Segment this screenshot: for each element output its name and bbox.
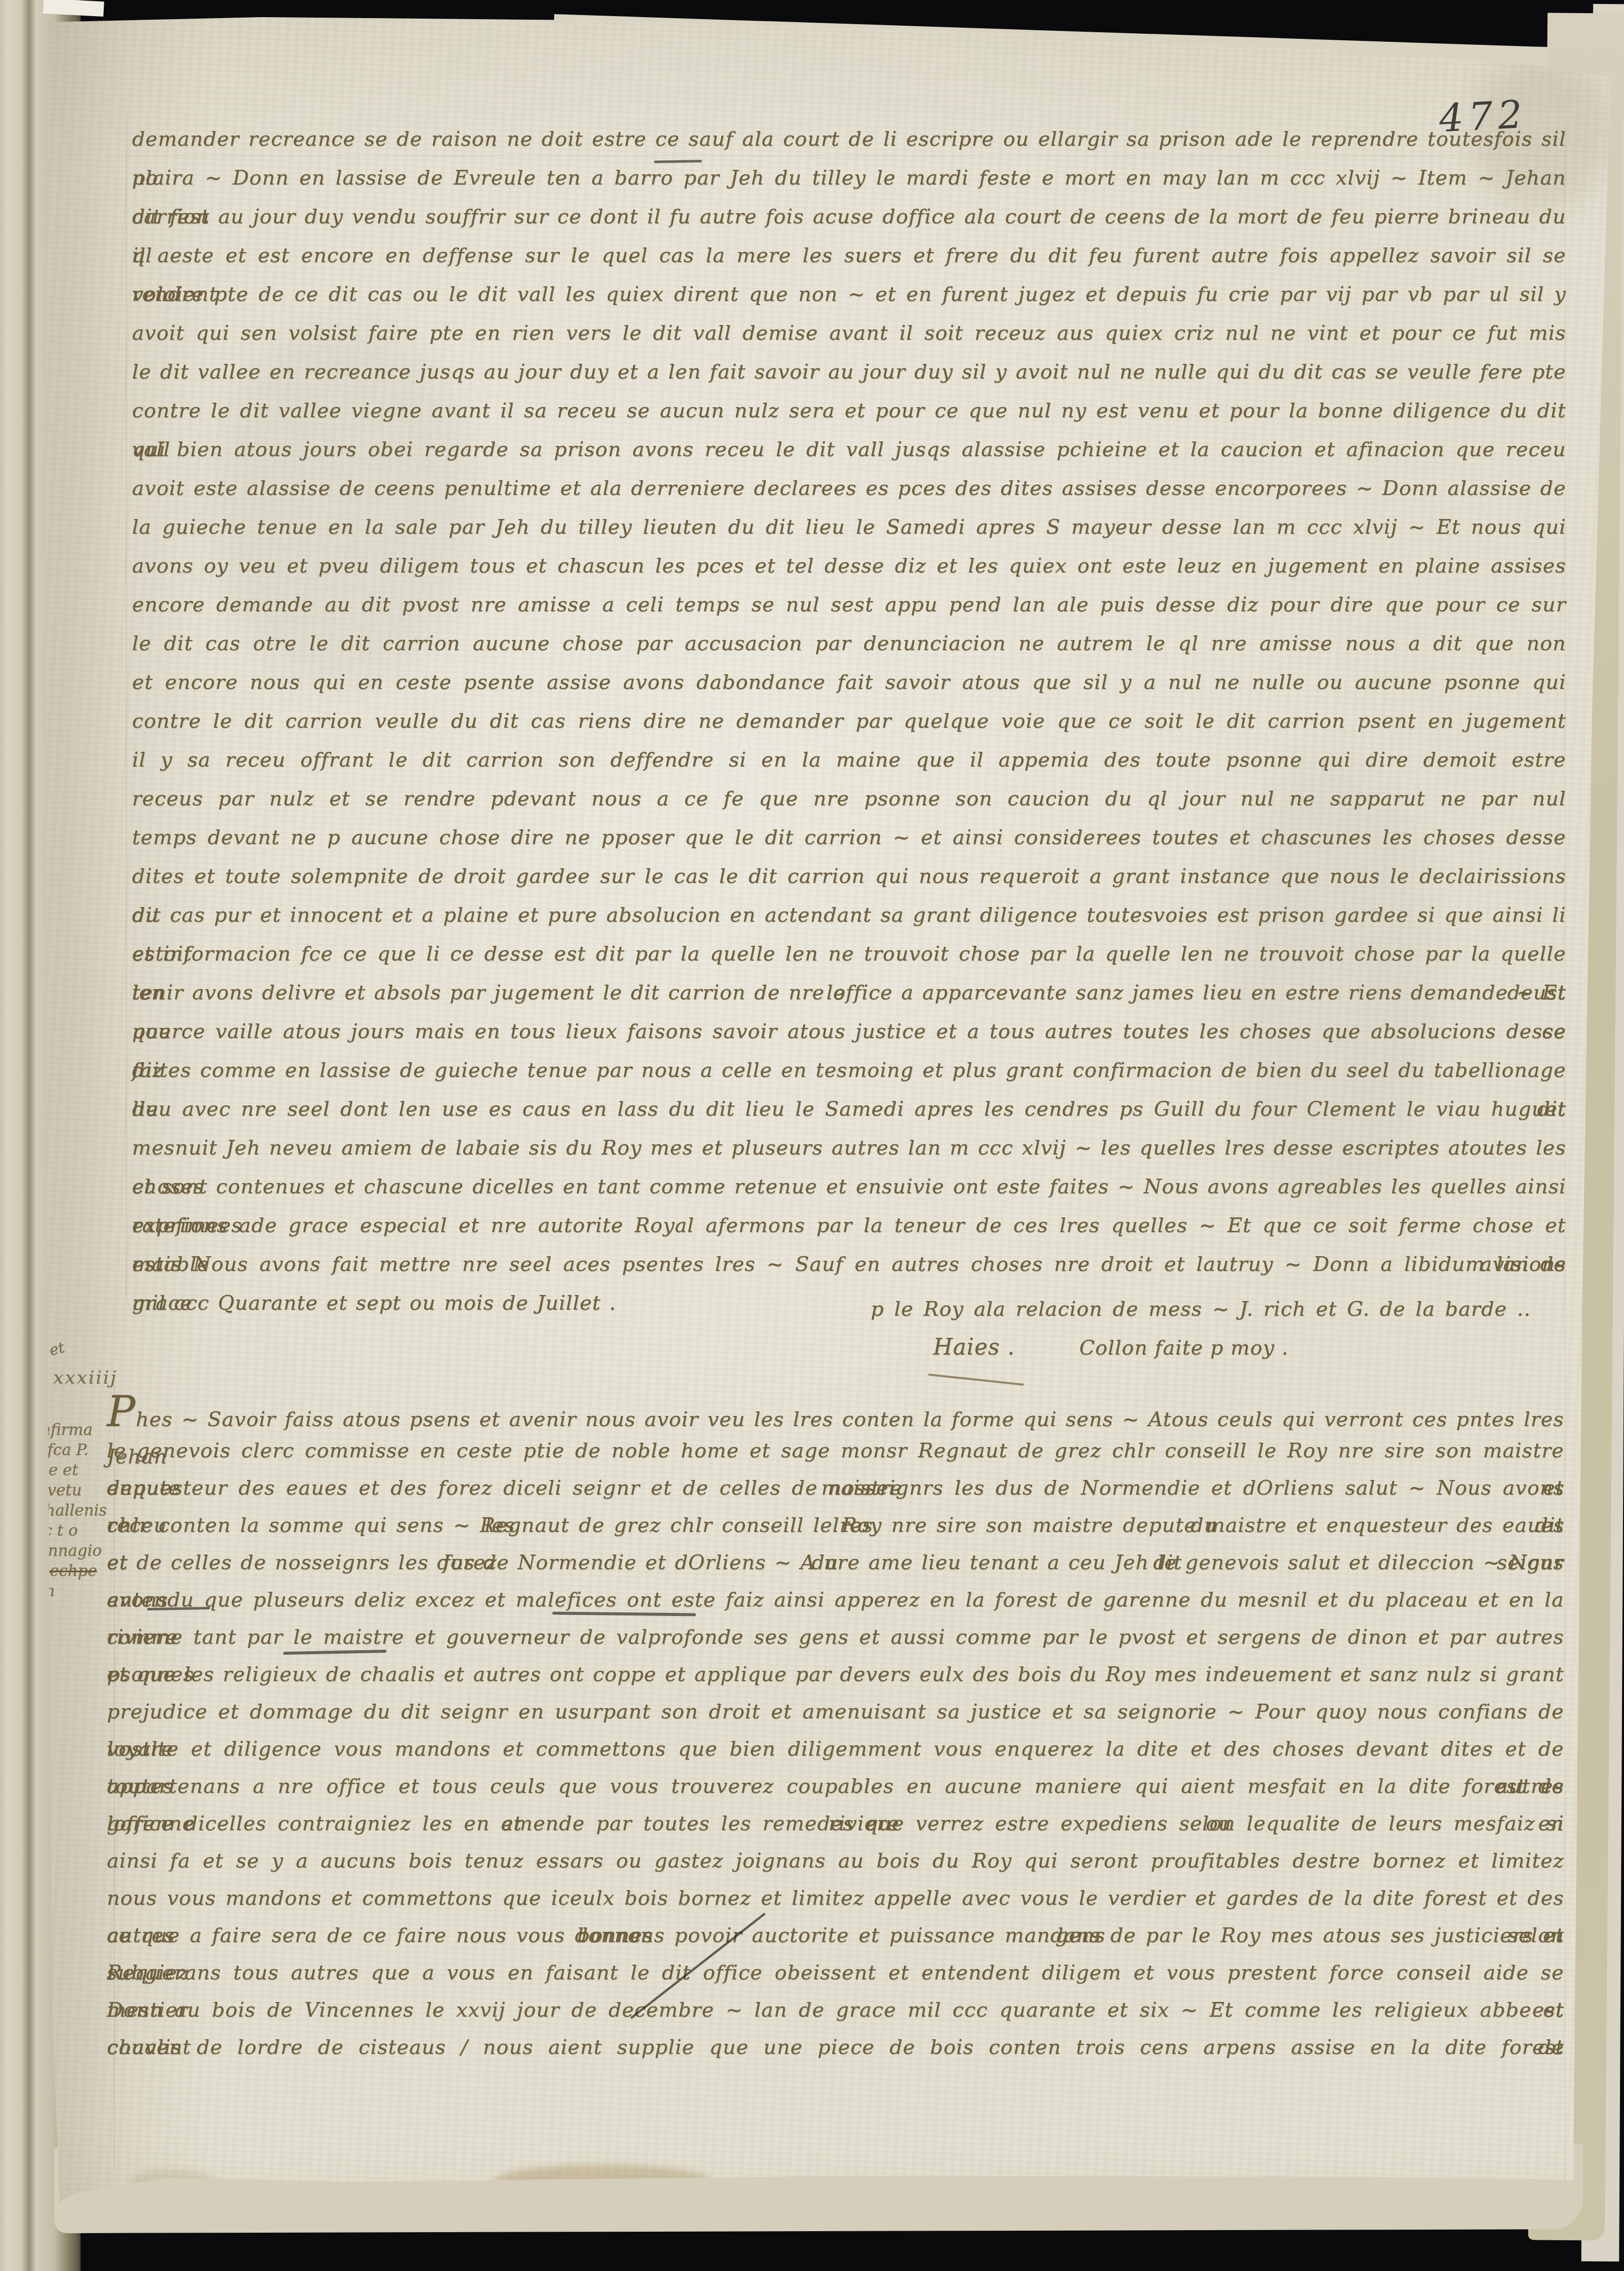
manuscript-line: il y sa receu offrant le dit carrion son… xyxy=(132,741,1566,780)
manuscript-line: chlr conten la somme qui sens ~ Regnaut … xyxy=(107,1507,1564,1544)
manuscript-line: appartenans a nre office et tous ceuls q… xyxy=(107,1768,1564,1805)
manuscript-line: Phes ~ Savoir faiss atous psens et aveni… xyxy=(107,1395,1564,1432)
manuscript-line: avoit este alassise de ceens penultime e… xyxy=(132,469,1566,508)
manuscript-line: mesnuit Jeh neveu amiem de labaie sis du… xyxy=(132,1129,1566,1167)
manuscript-line: ce que a faire sera de ce faire nous vou… xyxy=(107,1917,1564,1954)
manuscript-line: entendu que pluseurs deliz excez et male… xyxy=(107,1581,1564,1618)
manuscript-line: lieu avec nre seel dont len use es caus … xyxy=(132,1090,1566,1129)
manuscript-line: la guieche tenue en la sale par Jeh du t… xyxy=(132,508,1566,547)
manuscript-line: le dit cas otre le dit carrion aucune ch… xyxy=(132,624,1566,663)
manuscript-line: encore demande au dit pvost nre amisse a… xyxy=(132,586,1566,624)
manuscript-line: comme tant par le maistre et gouverneur … xyxy=(107,1618,1564,1656)
manuscript-line: rendre pte de ce dit cas ou le dit vall … xyxy=(132,275,1566,314)
manuscript-line: le genevois clerc commisse en ceste ptie… xyxy=(107,1432,1564,1469)
manuscript-line: receus par nulz et se rendre pdevant nou… xyxy=(132,780,1566,818)
clerk-signature: Haies . xyxy=(933,1334,1015,1360)
manuscript-line: nous vous mandons et commettons que iceu… xyxy=(107,1879,1564,1917)
manuscript-line: Donn au bois de Vincennes le xxvij jour … xyxy=(107,1991,1564,2029)
manuscript-line: et que les religieux de chaalis et autre… xyxy=(107,1656,1564,1693)
manuscript-line: chaalis de lordre de cisteaus / nous aie… xyxy=(107,2029,1564,2066)
manuscript-line: Requerans tous autres que a vous en fais… xyxy=(107,1954,1564,1991)
manuscript-line: temps devant ne p aucune chose dire ne p… xyxy=(132,818,1566,857)
manuscript-line: loyalte et diligence vous mandons et com… xyxy=(107,1730,1564,1768)
manuscript-line: enquesteur des eaues et des forez diceli… xyxy=(107,1469,1564,1507)
margin-cross-mark: et xyxy=(47,1339,66,1359)
manuscript-line: dit cas pur et innocent et a plaine et p… xyxy=(132,896,1566,935)
left-ruling-line xyxy=(126,113,127,1297)
manuscript-line: dites et toute solempnite de droit garde… xyxy=(132,857,1566,896)
manuscript-line: ratefions ade grace especial et nre auto… xyxy=(132,1206,1566,1245)
manuscript-scan: 472 demander recreance se de raison ne d… xyxy=(0,0,1624,2271)
manuscript-line: faites comme en lassise de guieche tenue… xyxy=(132,1051,1566,1090)
manuscript-line: qui bien atous jours obei regarde sa pri… xyxy=(132,430,1566,469)
parchment-page: 472 demander recreance se de raison ne d… xyxy=(0,0,1624,2271)
manuscript-line: et de celles de nosseignrs les dus de No… xyxy=(107,1544,1564,1581)
manuscript-line: loffice dicelles contraigniez les en ame… xyxy=(107,1805,1564,1842)
manuscript-line: et informacion fce ce que li ce desse es… xyxy=(132,935,1566,974)
manuscript-line: contre le dit carrion veulle du dit cas … xyxy=(132,702,1566,741)
manuscript-line: plaira ~ Donn en lassise de Evreule ten … xyxy=(132,159,1566,198)
act2-text-block: Phes ~ Savoir faiss atous psens et aveni… xyxy=(107,1395,1564,2066)
manuscript-line: il aeste et est encore en deffense sur l… xyxy=(132,236,1566,275)
act1-text-block: demander recreance se de raison ne doit … xyxy=(132,120,1566,1323)
manuscript-line: avoit qui sen volsist faire pte en rien … xyxy=(132,314,1566,353)
manuscript-line: et sont contenues et chascune dicelles e… xyxy=(132,1167,1566,1206)
countersignature: Collon faite p moy . xyxy=(1079,1336,1288,1359)
manuscript-line: demander recreance se de raison ne doit … xyxy=(132,120,1566,159)
manuscript-line: le dit vallee en recreance jusqs au jour… xyxy=(132,353,1566,392)
manuscript-line: contre le dit vallee viegne avant il sa … xyxy=(132,392,1566,430)
chancery-subscription-line: p le Roy ala relacion de mess ~ J. rich … xyxy=(871,1289,1531,1329)
manuscript-line: tenir avons delivre et absols par jugeme… xyxy=(132,974,1566,1012)
manuscript-line: ainsi fa et se y a aucuns bois tenuz ess… xyxy=(107,1842,1564,1879)
manuscript-line: avons oy veu et pveu diligem tous et cha… xyxy=(132,547,1566,586)
manuscript-line: dit fest au jour duy vendu souffrir sur … xyxy=(132,198,1566,236)
manuscript-line: mais Nous avons fait mettre nre seel ace… xyxy=(132,1245,1566,1284)
manuscript-line: prejudice et dommage du dit seignr en us… xyxy=(107,1693,1564,1730)
manuscript-line: et encore nous qui en ceste psente assis… xyxy=(132,663,1566,702)
signature-paraph-flourish xyxy=(928,1374,1023,1386)
manuscript-line: que ce vaille atous jours mais en tous l… xyxy=(132,1012,1566,1051)
